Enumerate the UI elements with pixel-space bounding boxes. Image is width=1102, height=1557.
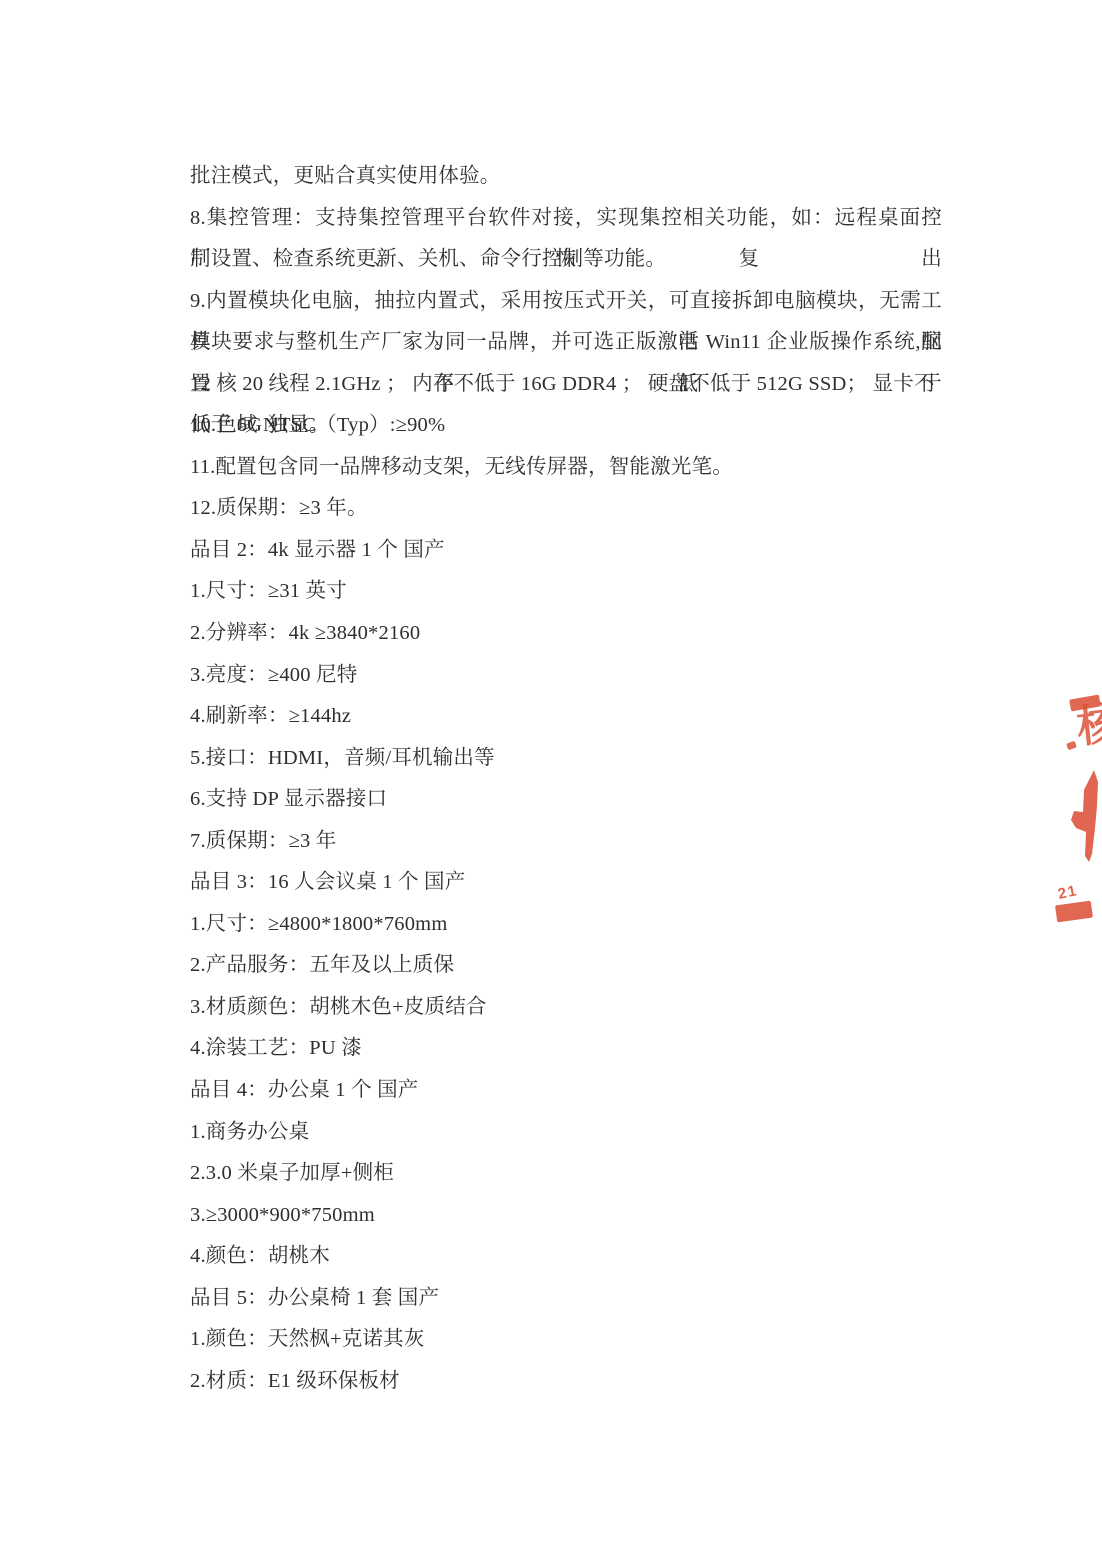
paragraph: 3.≥3000*900*750mm [190,1195,942,1237]
paragraph: 2.产品服务：五年及以上质保 [190,945,942,987]
stamp-character: 核 [1075,702,1102,750]
document-line: 5.接口：HDMI，音频/耳机输出等 [190,738,942,780]
document-line: 6.支持 DP 显示器接口 [190,779,942,821]
document-line: 7.质保期：≥3 年 [190,821,942,863]
document-line: 品目 4：办公桌 1 个 国产 [190,1070,942,1112]
document-line: 模块要求与整机生产厂家为同一品牌，并可选正版激活 Win11 企业版操作系统,配… [190,322,942,364]
paragraph: 品目 3：16 人会议桌 1 个 国产 [190,862,942,904]
paragraph: 5.接口：HDMI，音频/耳机输出等 [190,738,942,780]
document-line: 4.刷新率：≥144hz [190,696,942,738]
paragraph: 品目 2：4k 显示器 1 个 国产 [190,530,942,572]
paragraph: 4.涂装工艺：PU 漆 [190,1028,942,1070]
paragraph: 3.材质颜色：胡桃木色+皮质结合 [190,987,942,1029]
document-line: 4.涂装工艺：PU 漆 [190,1028,942,1070]
document-line: 11.配置包含同一品牌移动支架，无线传屏器，智能激光笔。 [190,447,942,489]
paragraph: 1.颜色：天然枫+克诺其灰 [190,1319,942,1361]
document-line: 3.亮度：≥400 尼特 [190,655,942,697]
stamp-page-number: 21 [1056,882,1079,903]
paragraph: 品目 5：办公桌椅 1 套 国产 [190,1278,942,1320]
paragraph: 1.尺寸：≥31 英寸 [190,571,942,613]
document-line: 10.色域 NTSC（Typ）:≥90% [190,405,942,447]
paragraph: 2.3.0 米桌子加厚+侧柜 [190,1153,942,1195]
paragraph: 1.尺寸：≥4800*1800*760mm [190,904,942,946]
paragraph: 7.质保期：≥3 年 [190,821,942,863]
document-line: 2.产品服务：五年及以上质保 [190,945,942,987]
document-line: 1.尺寸：≥4800*1800*760mm [190,904,942,946]
paragraph: 2.分辨率：4k ≥3840*2160 [190,613,942,655]
document-line: 3.≥3000*900*750mm [190,1195,942,1237]
document-line: 2.3.0 米桌子加厚+侧柜 [190,1153,942,1195]
paragraph: 12.质保期：≥3 年。 [190,488,942,530]
document-line: 品目 2：4k 显示器 1 个 国产 [190,530,942,572]
document-line: 12.质保期：≥3 年。 [190,488,942,530]
document-line: 9.内置模块化电脑，抽拉内置式，采用按压式开关，可直接拆卸电脑模块，无需工具。电… [190,281,942,323]
document-line: 12 核 20 线程 2.1GHz ； 内存不低于 16G DDR4 ； 硬盘不… [190,364,942,406]
paragraph: 品目 4：办公桌 1 个 国产 [190,1070,942,1112]
document-line: 8.集控管理：支持集控管理平台软件对接，实现集控相关功能，如：远程桌面控制、恢复… [190,198,942,240]
paragraph: 批注模式，更贴合真实使用体验。 [190,156,942,198]
document-line: 1.尺寸：≥31 英寸 [190,571,942,613]
document-line: 品目 3：16 人会议桌 1 个 国产 [190,862,942,904]
document-body: 批注模式，更贴合真实使用体验。8.集控管理：支持集控管理平台软件对接，实现集控相… [190,156,942,1402]
document-line: 4.颜色：胡桃木 [190,1236,942,1278]
stamp-ink-dot [1066,741,1077,751]
document-line: 3.材质颜色：胡桃木色+皮质结合 [190,987,942,1029]
document-line: 批注模式，更贴合真实使用体验。 [190,156,942,198]
paragraph: 4.颜色：胡桃木 [190,1236,942,1278]
document-line: 1.颜色：天然枫+克诺其灰 [190,1319,942,1361]
paragraph: 4.刷新率：≥144hz [190,696,942,738]
paragraph: 6.支持 DP 显示器接口 [190,779,942,821]
paragraph: 8.集控管理：支持集控管理平台软件对接，实现集控相关功能，如：远程桌面控制、恢复… [190,198,942,281]
document-line: 2.材质：E1 级环保板材 [190,1361,942,1403]
paragraph: 9.内置模块化电脑，抽拉内置式，采用按压式开关，可直接拆卸电脑模块，无需工具。电… [190,281,942,406]
document-page: 批注模式，更贴合真实使用体验。8.集控管理：支持集控管理平台软件对接，实现集控相… [0,0,1102,1557]
stamp-brush-stroke-icon [1068,768,1102,864]
paragraph: 3.亮度：≥400 尼特 [190,655,942,697]
stamp-block [1055,901,1093,923]
document-line: 1.商务办公桌 [190,1112,942,1154]
paragraph: 11.配置包含同一品牌移动支架，无线传屏器，智能激光笔。 [190,447,942,489]
document-line: 品目 5：办公桌椅 1 套 国产 [190,1278,942,1320]
paragraph: 1.商务办公桌 [190,1112,942,1154]
paragraph: 2.材质：E1 级环保板材 [190,1361,942,1403]
paragraph: 10.色域 NTSC（Typ）:≥90% [190,405,942,447]
document-line: 2.分辨率：4k ≥3840*2160 [190,613,942,655]
